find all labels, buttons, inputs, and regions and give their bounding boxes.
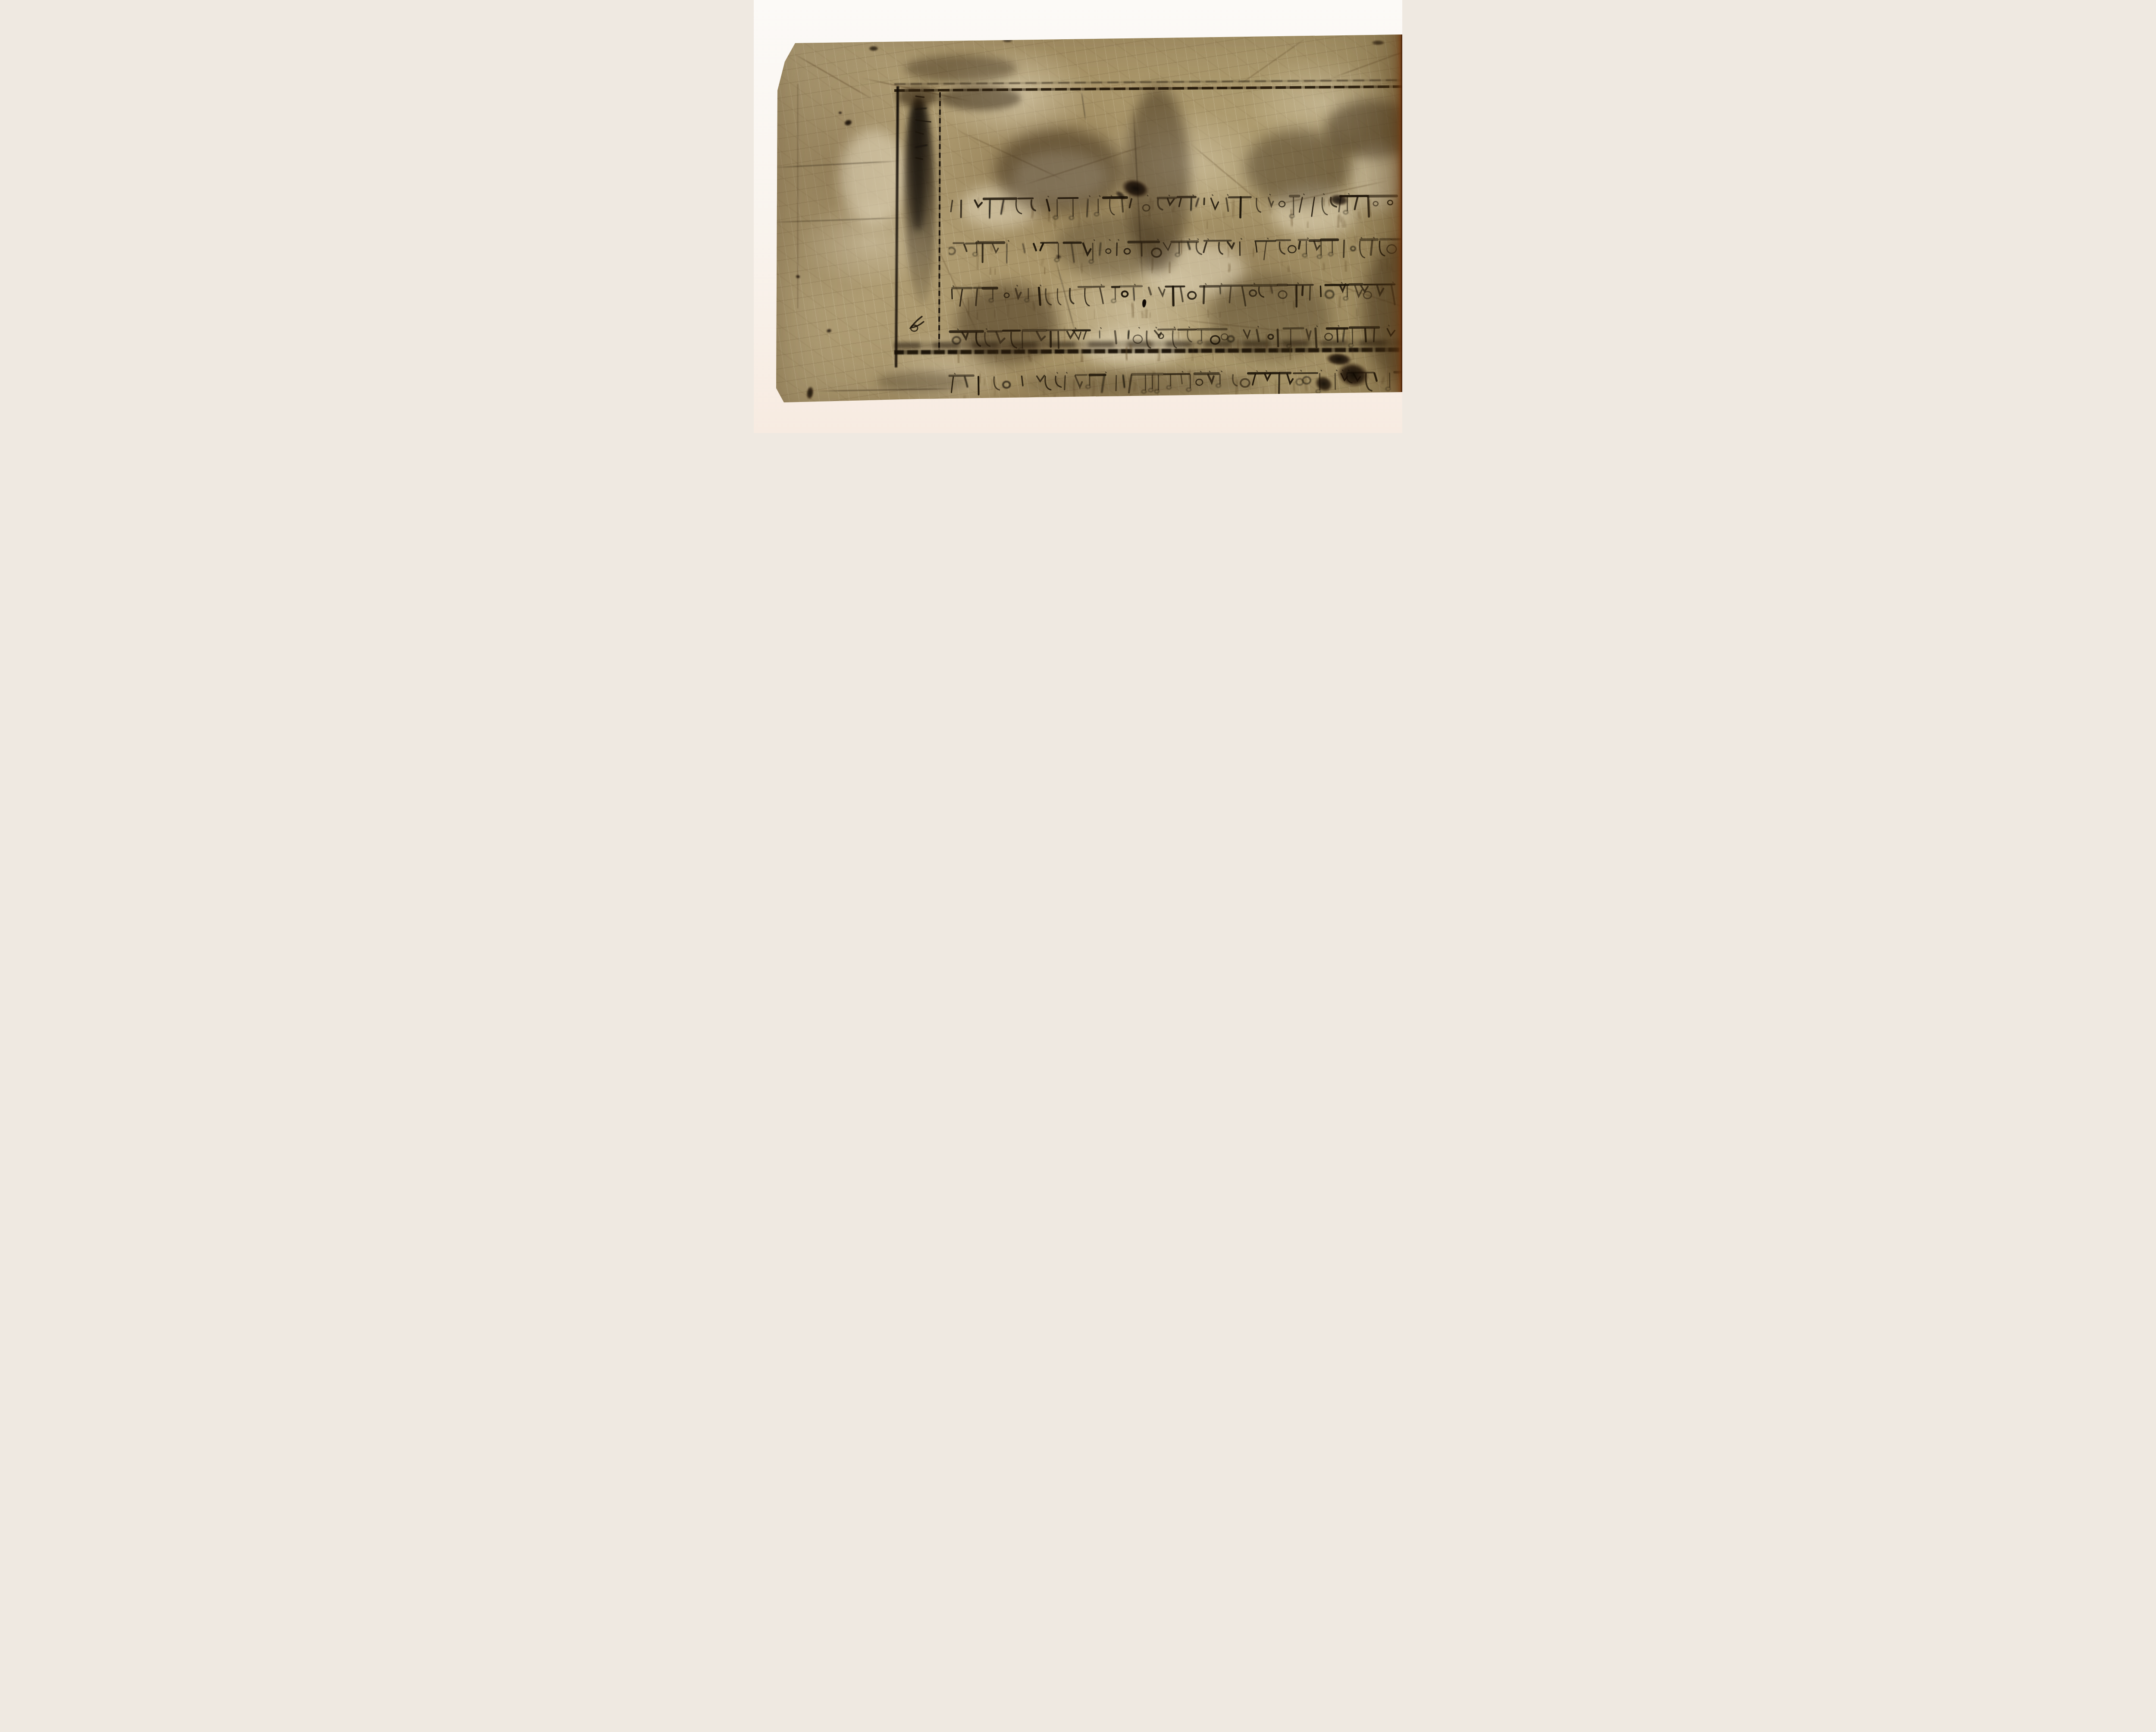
manuscript-text-line [949, 234, 1402, 275]
frame-top-outer-line [894, 79, 1402, 85]
manuscript-text-line [949, 190, 1402, 231]
frame-left-line [895, 86, 899, 367]
manuscript-text-line [949, 279, 1402, 320]
manuscript-text-line [949, 367, 1402, 408]
manuscript-text-line [949, 406, 1402, 433]
frame-top-inner-line [894, 85, 1402, 92]
margin-vertical-text [899, 92, 939, 351]
text-area [949, 92, 1402, 360]
faint-fold-line [797, 84, 798, 308]
photograph: Backlit photograph of a single Tibetan p… [754, 0, 1402, 433]
margin-column [899, 92, 939, 351]
text-frame [754, 0, 1402, 433]
manuscript-text-line [949, 322, 1402, 363]
paper-sheet [754, 0, 1402, 433]
